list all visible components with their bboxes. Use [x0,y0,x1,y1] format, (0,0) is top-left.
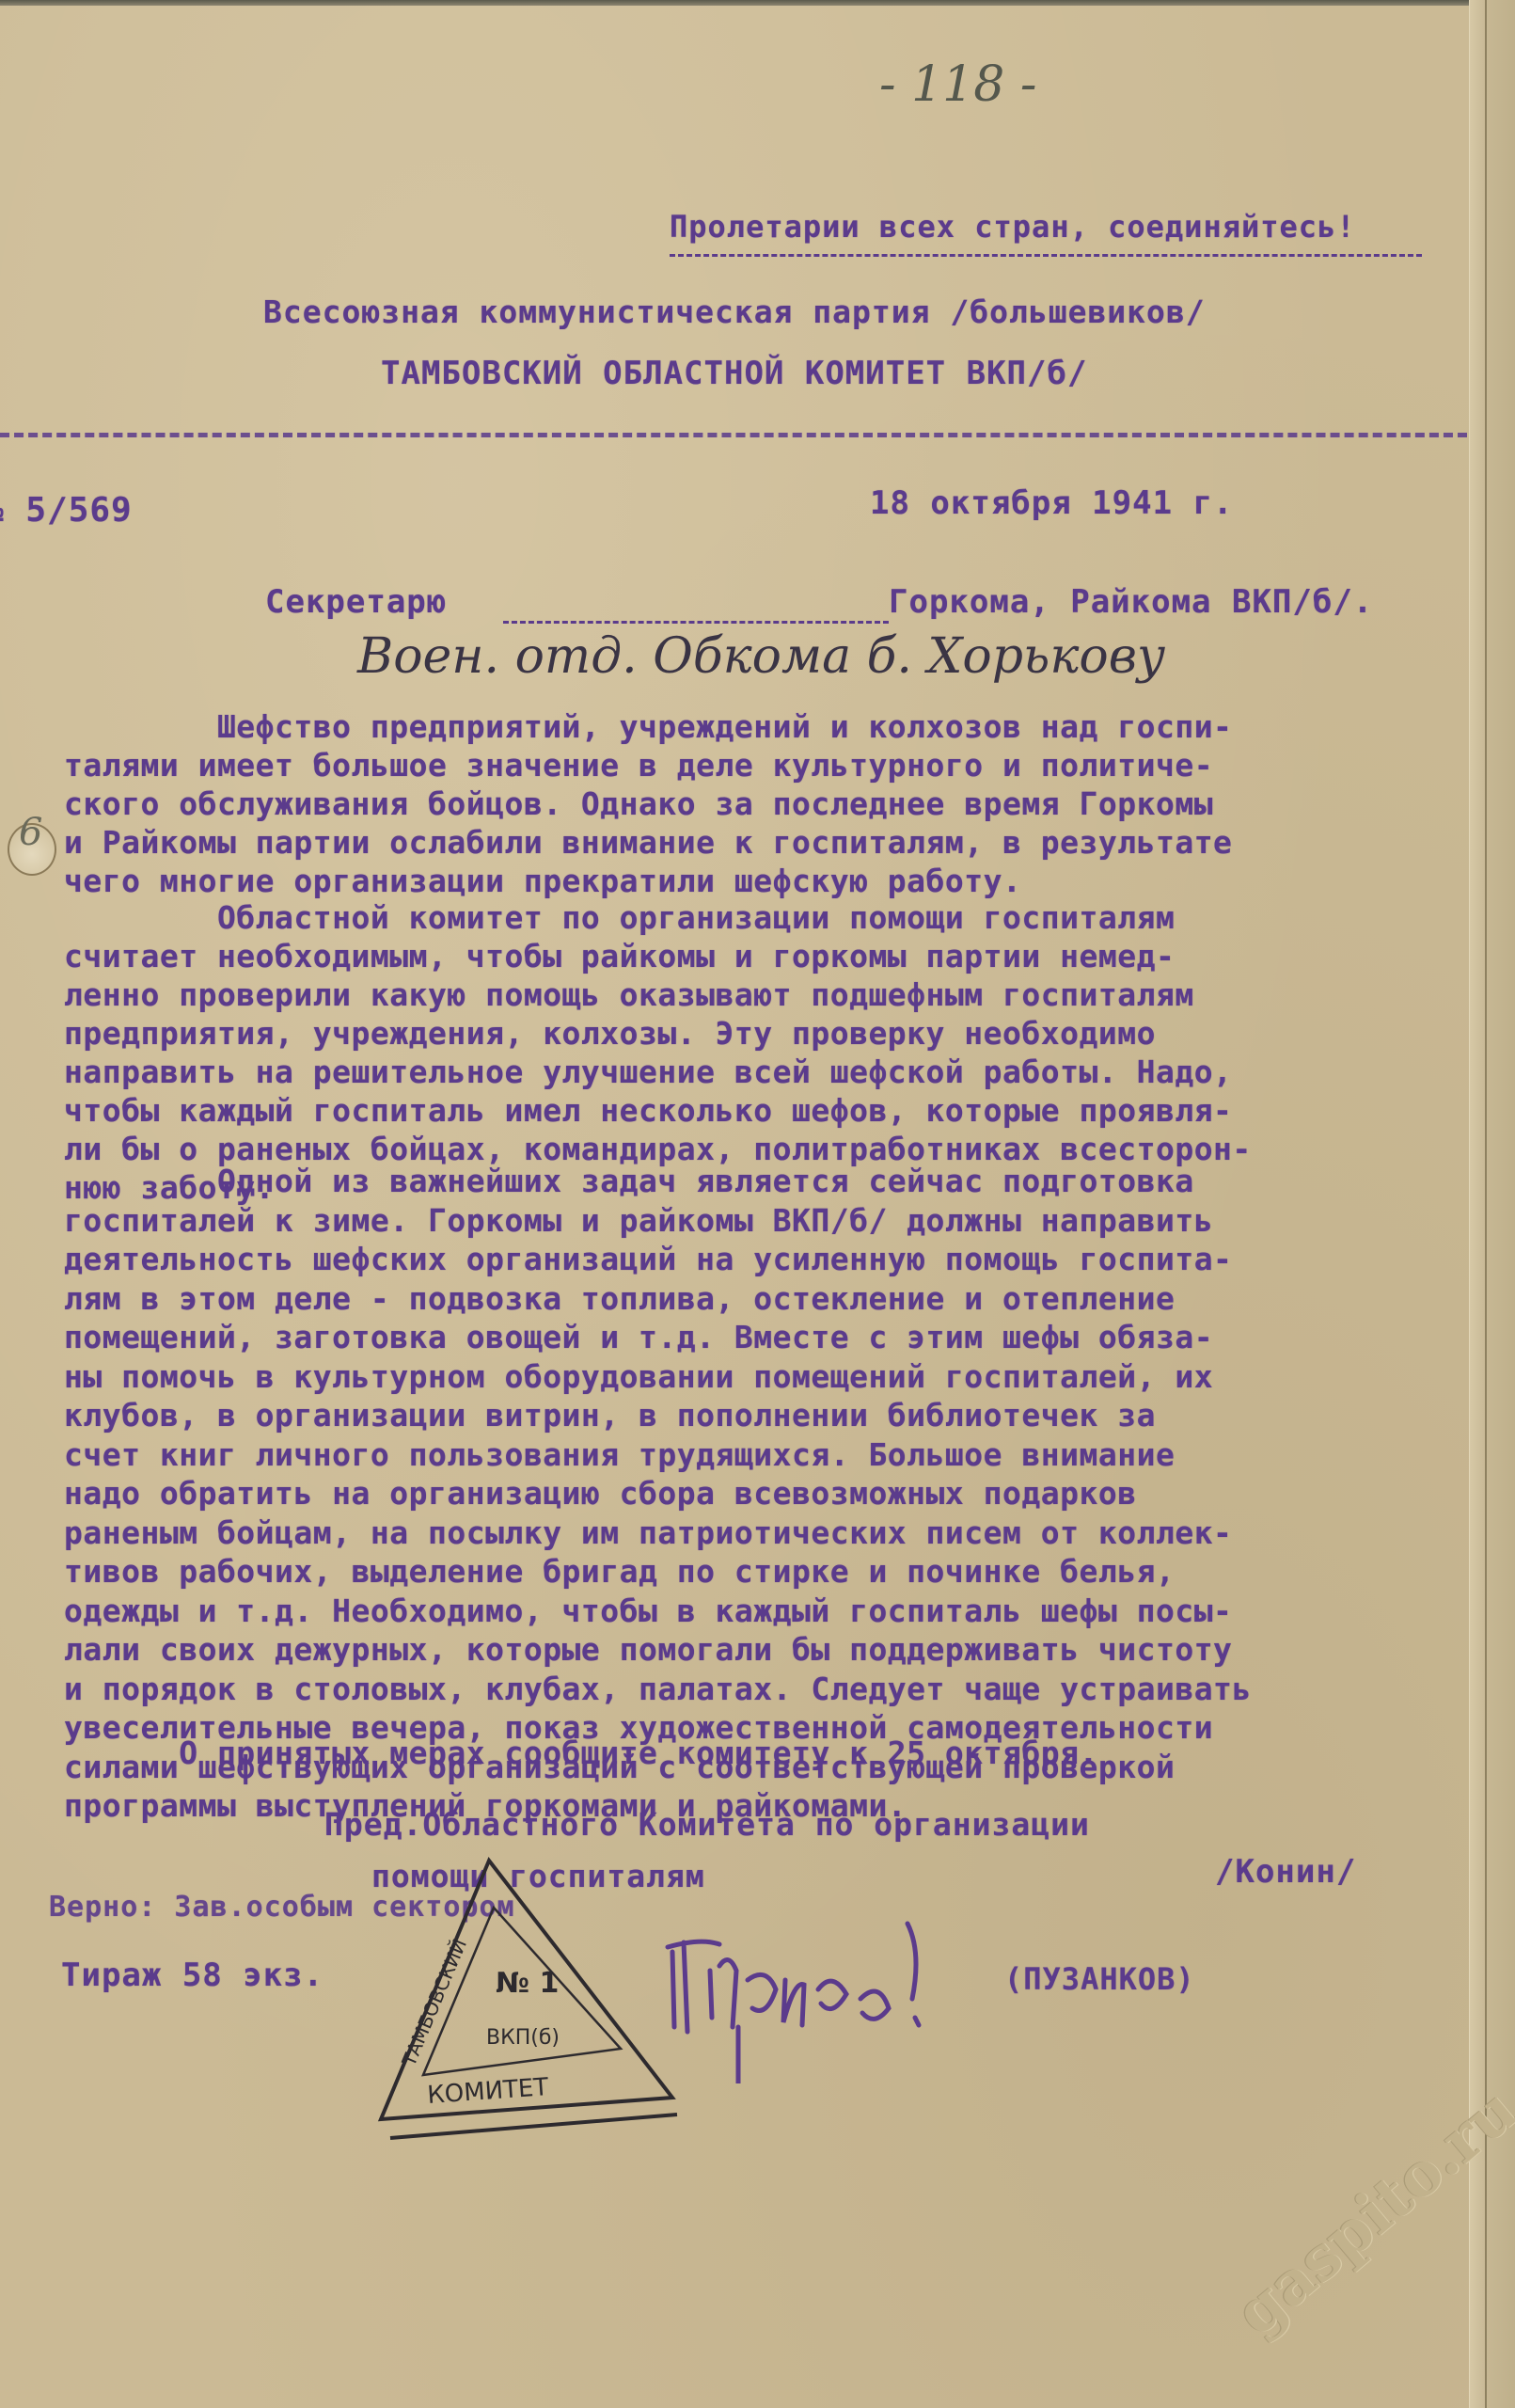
body-line: О принятых мерах сообщите комитету к 25 … [64,1734,1475,1772]
body-line: помещений, заготовка овощей и т.д. Вмест… [64,1318,1475,1357]
body-line: и Райкомы партии ослабили внимание к гос… [64,823,1475,862]
slogan-underline [670,254,1422,257]
body-line: чтобы каждый госпиталь имел несколько ше… [64,1091,1475,1130]
committee-name: ТАМБОВСКИЙ ОБЛАСТНОЙ КОМИТЕТ ВКП/б/ [381,355,1087,392]
handwritten-addressee: Воен. отд. Обкома б. Хорькову [357,628,1165,685]
body-line: чего многие организации прекратили шефск… [64,862,1475,900]
body-line: лям в этом деле - подвозка топлива, осте… [64,1279,1475,1319]
signatory-title-line1: Пред.Областного Комитета по организации [324,1806,1090,1843]
addressee-prefix: Секретарю [265,583,447,621]
body-line: предприятия, учреждения, колхозы. Эту пр… [64,1014,1475,1053]
body-line: клубов, в организации витрин, в пополнен… [64,1396,1475,1435]
body-line: лали своих дежурных, которые помогали бы… [64,1630,1475,1670]
body-paragraph-2: Областной комитет по организации помощи … [64,898,1475,1207]
archival-document-page: - 118 - Пролетарии всех стран, соединяйт… [0,0,1515,2408]
body-line: ского обслуживания бойцов. Однако за пос… [64,784,1475,823]
closing-line: О принятых мерах сообщите комитету к 25 … [64,1734,1475,1772]
verifier-name: (ПУЗАНКОВ) [1004,1961,1195,1997]
body-line: Шефство предприятий, учреждений и колхоз… [64,707,1475,746]
page-top-edge [0,0,1515,6]
signatory-name: /Конин/ [1215,1853,1356,1891]
body-line: талями имеет большое значение в деле кул… [64,746,1475,784]
svg-text:№ 1: № 1 [496,1967,559,2000]
slogan: Пролетарии всех стран, соединяйтесь! [670,209,1356,245]
triangular-stamp: № 1 ВКП(б) КОМИТЕТ ТАМБОВСКИЙ [371,1851,691,2143]
body-line: госпиталей к зиме. Горкомы и райкомы ВКП… [64,1201,1475,1241]
body-line: счет книг личного пользования трудящихся… [64,1435,1475,1475]
body-line: одежды и т.д. Необходимо, чтобы в каждый… [64,1592,1475,1631]
body-line: тивов рабочих, выделение бригад по стирк… [64,1552,1475,1592]
body-line: ленно проверили какую помощь оказывают п… [64,975,1475,1014]
body-line: надо обратить на организацию сбора всево… [64,1474,1475,1513]
body-line: Одной из важнейших задач является сейчас… [64,1162,1475,1201]
body-paragraph-1: Шефство предприятий, учреждений и колхоз… [64,707,1475,900]
body-paragraph-3: Одной из важнейших задач является сейчас… [64,1162,1475,1826]
body-line: Областной комитет по организации помощи … [64,898,1475,937]
svg-text:ВКП(б): ВКП(б) [486,2026,560,2050]
reference-number: № 5/569 [0,491,133,530]
circulation: Тираж 58 экз. [61,1956,324,1994]
page-right-edge [1469,0,1515,2408]
body-line: раненым бойцам, на посылку им патриотиче… [64,1513,1475,1553]
addressee-blank [503,621,889,624]
signature-icon [663,1914,945,2083]
header-divider [0,433,1467,437]
margin-note: 6 [19,811,42,854]
body-line: направить на решительное улучшение всей … [64,1053,1475,1091]
document-date: 18 октября 1941 г. [870,484,1233,522]
body-line: ны помочь в культурном оборудовании поме… [64,1357,1475,1397]
body-line: деятельность шефских организаций на усил… [64,1240,1475,1279]
page-number: - 118 - [879,56,1036,113]
party-name: Всесоюзная коммунистическая партия /боль… [263,293,1206,330]
body-line: считает необходимым, чтобы райкомы и гор… [64,937,1475,975]
svg-text:КОМИТЕТ: КОМИТЕТ [426,2073,549,2110]
body-line: и порядок в столовых, клубах, палатах. С… [64,1670,1475,1709]
addressee-suffix: Горкома, Райкома ВКП/б/. [889,583,1373,621]
